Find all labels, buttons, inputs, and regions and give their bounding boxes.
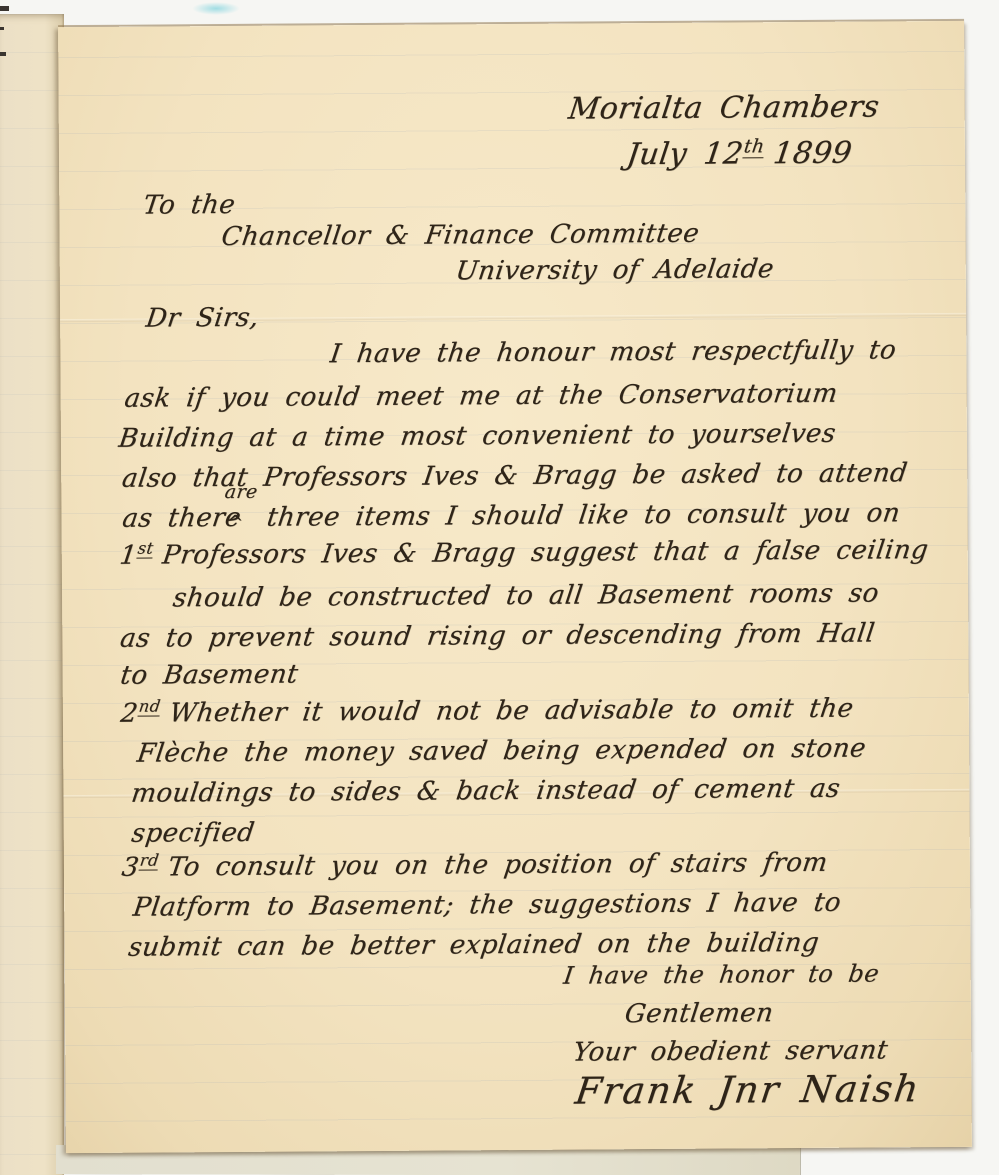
body-line: Platform to Basement; the suggestions I … <box>131 888 843 923</box>
letter-page: Morialta Chambers July 12th1899 To the C… <box>58 21 972 1153</box>
body-line: Flèche the money saved being expended on… <box>135 734 868 769</box>
underlying-page-edge <box>0 14 64 1175</box>
scan-edge-mark <box>0 6 9 11</box>
body-line: I have the honour most respectfully to <box>328 335 898 369</box>
date-year: 1899 <box>771 136 854 172</box>
item-ordinal-suffix: rd <box>139 851 161 871</box>
closing-line-2: Gentlemen <box>623 998 775 1029</box>
heading-place: Morialta Chambers <box>566 89 881 126</box>
scanned-letter-stage: Morialta Chambers July 12th1899 To the C… <box>0 0 999 1175</box>
body-line-post: three items I should like to consult you… <box>265 498 902 532</box>
scan-edge-mark <box>0 27 4 30</box>
body-line: as to prevent sound rising or descending… <box>118 618 876 653</box>
recipient-line-1: To the <box>141 190 237 221</box>
closing-line-1: I have the honor to be <box>562 959 881 989</box>
scan-edge-mark <box>0 52 6 56</box>
body-item-2: 2ndWhether it would not be advisable to … <box>119 694 856 729</box>
body-line: mouldings to sides & back instead of cem… <box>129 774 842 809</box>
caret-mark: ^ <box>224 511 245 535</box>
body-line: should be constructed to all Basement ro… <box>171 578 881 613</box>
body-item-3: 3rdTo consult you on the position of sta… <box>120 848 830 883</box>
scan-smudge-artifact <box>192 2 240 15</box>
body-line-with-insertion: as thereare^three items I should like to… <box>121 498 903 533</box>
body-line-text: To consult you on the position of stairs… <box>166 848 830 883</box>
signature: Frank Jnr Naish <box>573 1067 923 1112</box>
heading-date: July 12th1899 <box>625 136 855 173</box>
closing-line-3: Your obedient servant <box>571 1035 890 1067</box>
recipient-line-2: Chancellor & Finance Committee <box>220 219 702 252</box>
inserted-word: are <box>224 484 259 503</box>
body-item-1: 1stProfessors Ives & Bragg suggest that … <box>118 535 930 571</box>
date-prefix: July 12 <box>625 136 746 172</box>
date-ordinal-suffix: th <box>742 136 765 158</box>
salutation: Dr Sirs, <box>144 303 261 334</box>
body-line: Building at a time most convenient to yo… <box>117 419 838 454</box>
item-ordinal-suffix: nd <box>137 697 161 717</box>
body-line-text: Whether it would not be advisable to omi… <box>168 694 856 729</box>
body-line: ask if you could meet me at the Conserva… <box>123 379 840 414</box>
recipient-line-3: University of Adelaide <box>454 254 776 286</box>
body-line: submit can be better explained on the bu… <box>127 928 822 963</box>
item-ordinal-suffix: st <box>136 539 154 559</box>
body-line: to Basement <box>119 660 300 691</box>
body-line: specified <box>130 818 257 849</box>
body-line-text: Professors Ives & Bragg suggest that a f… <box>161 535 931 570</box>
